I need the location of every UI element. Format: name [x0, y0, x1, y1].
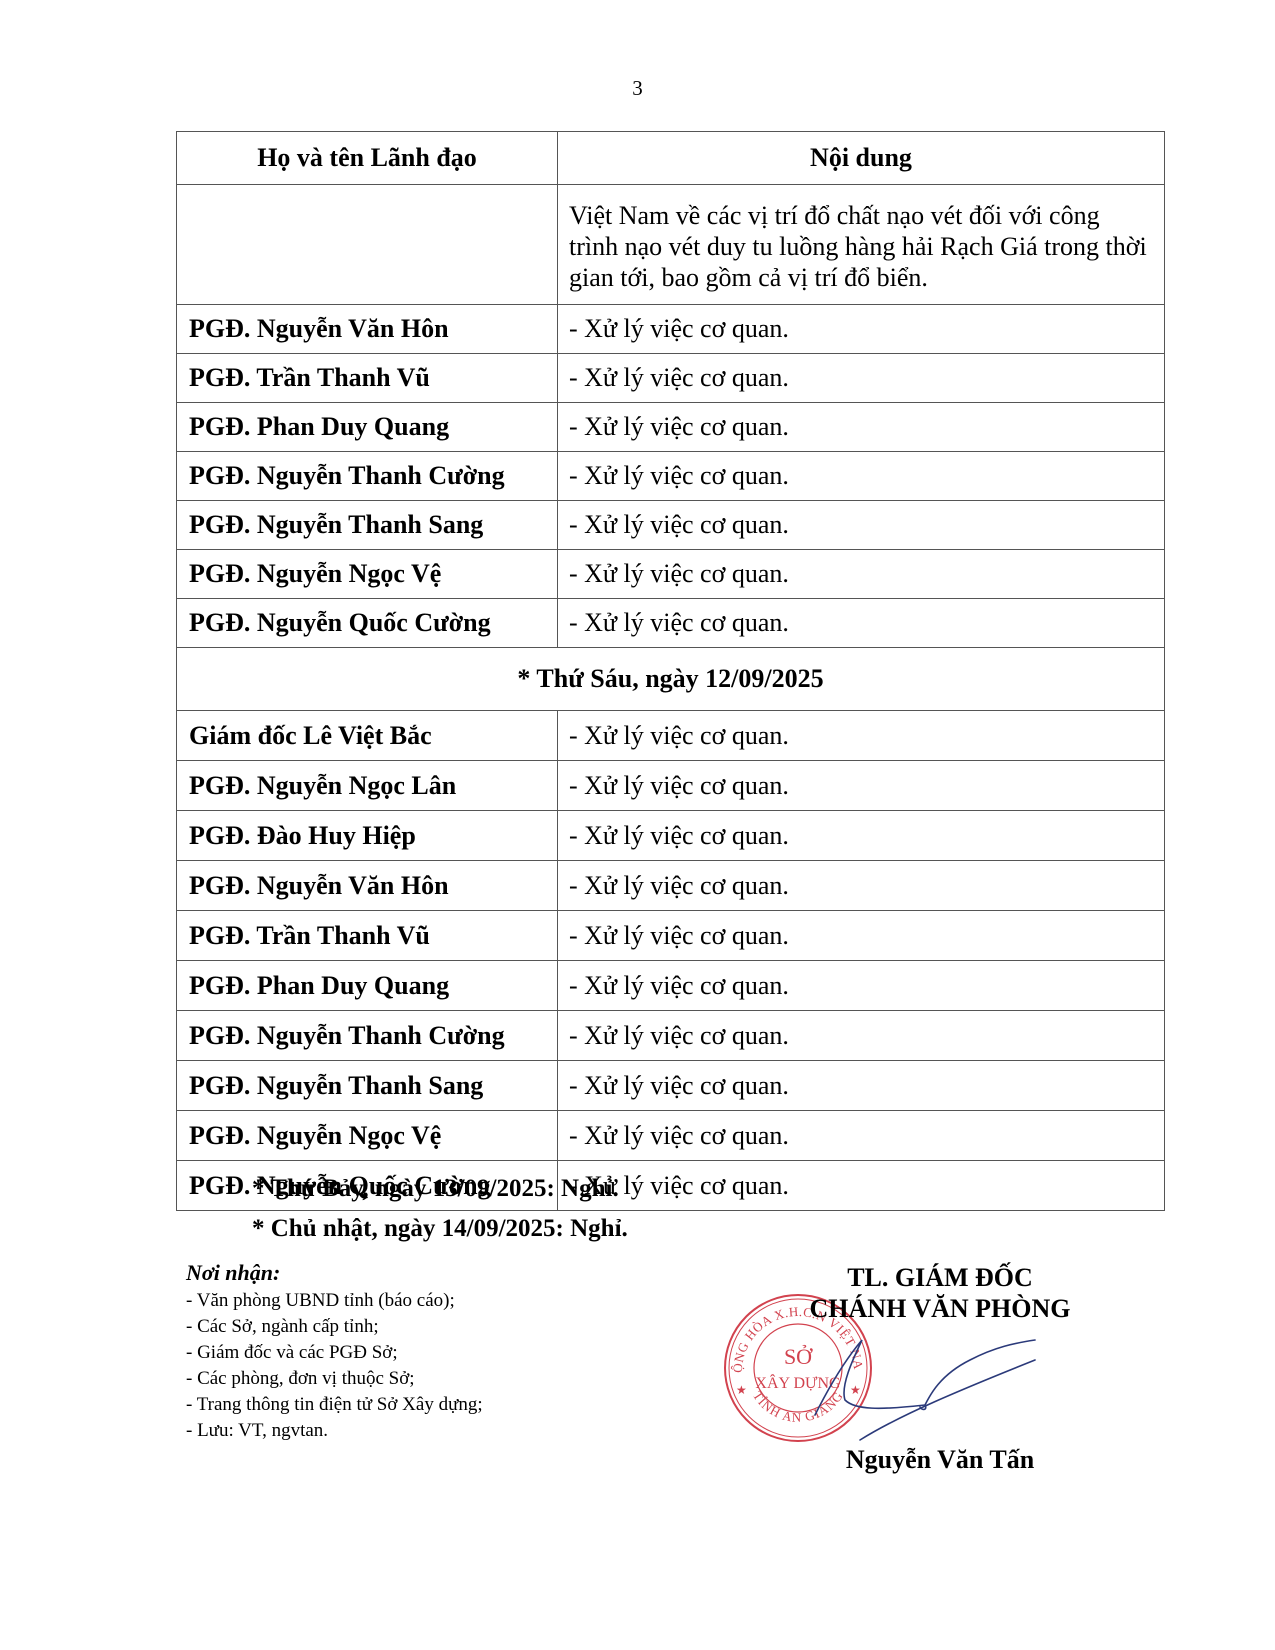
- content-cell: - Xử lý việc cơ quan.: [558, 861, 1165, 911]
- content-cell: - Xử lý việc cơ quan.: [558, 761, 1165, 811]
- recipient-item: - Các Sở, ngành cấp tỉnh;: [186, 1314, 483, 1340]
- table-row: PGĐ. Nguyễn Quốc Cường- Xử lý việc cơ qu…: [177, 599, 1165, 648]
- leader-name-cell: PGĐ. Nguyễn Quốc Cường: [177, 599, 558, 648]
- table-row: PGĐ. Trần Thanh Vũ- Xử lý việc cơ quan.: [177, 911, 1165, 961]
- recipient-item: - Văn phòng UBND tỉnh (báo cáo);: [186, 1288, 483, 1314]
- continuation-content: Việt Nam về các vị trí đổ chất nạo vét đ…: [558, 185, 1165, 305]
- signer-name: Nguyễn Văn Tấn: [720, 1445, 1160, 1475]
- leader-name-cell: PGĐ. Nguyễn Ngọc Lân: [177, 761, 558, 811]
- content-cell: - Xử lý việc cơ quan.: [558, 452, 1165, 501]
- signature-title-line1: TL. GIÁM ĐỐC: [720, 1263, 1160, 1293]
- leader-name-cell: PGĐ. Nguyễn Ngọc Vệ: [177, 550, 558, 599]
- leader-name-cell: PGĐ. Phan Duy Quang: [177, 961, 558, 1011]
- leader-name-cell: PGĐ. Đào Huy Hiệp: [177, 811, 558, 861]
- recipient-item: - Các phòng, đơn vị thuộc Sở;: [186, 1366, 483, 1392]
- day-heading: * Thứ Sáu, ngày 12/09/2025: [177, 648, 1165, 711]
- day-heading-row: * Thứ Sáu, ngày 12/09/2025: [177, 648, 1165, 711]
- content-cell: - Xử lý việc cơ quan.: [558, 550, 1165, 599]
- leader-name-cell: PGĐ. Trần Thanh Vũ: [177, 354, 558, 403]
- content-cell: - Xử lý việc cơ quan.: [558, 811, 1165, 861]
- handwritten-signature-icon: [800, 1315, 1040, 1445]
- content-cell: - Xử lý việc cơ quan.: [558, 911, 1165, 961]
- recipient-item: - Giám đốc và các PGĐ Sở;: [186, 1340, 483, 1366]
- leader-name-cell: PGĐ. Nguyễn Thanh Cường: [177, 452, 558, 501]
- table-row: PGĐ. Nguyễn Văn Hôn- Xử lý việc cơ quan.: [177, 305, 1165, 354]
- table-row: PGĐ. Trần Thanh Vũ- Xử lý việc cơ quan.: [177, 354, 1165, 403]
- content-cell: - Xử lý việc cơ quan.: [558, 1061, 1165, 1111]
- page-number: 3: [0, 76, 1275, 101]
- table-row: PGĐ. Nguyễn Văn Hôn- Xử lý việc cơ quan.: [177, 861, 1165, 911]
- leader-name-cell: PGĐ. Nguyễn Ngọc Vệ: [177, 1111, 558, 1161]
- leader-name-cell: PGĐ. Phan Duy Quang: [177, 403, 558, 452]
- content-cell: - Xử lý việc cơ quan.: [558, 599, 1165, 648]
- content-cell: - Xử lý việc cơ quan.: [558, 354, 1165, 403]
- leader-name-cell: PGĐ. Nguyễn Thanh Sang: [177, 501, 558, 550]
- content-cell: - Xử lý việc cơ quan.: [558, 961, 1165, 1011]
- schedule-table: Họ và tên Lãnh đạo Nội dung Việt Nam về …: [176, 131, 1165, 1211]
- leader-name-cell: Giám đốc Lê Việt Bắc: [177, 711, 558, 761]
- leader-name-cell: PGĐ. Nguyễn Văn Hôn: [177, 861, 558, 911]
- header-leader-name: Họ và tên Lãnh đạo: [177, 132, 558, 185]
- svg-text:★: ★: [736, 1383, 747, 1397]
- signature-title-line2: CHÁNH VĂN PHÒNG: [720, 1294, 1160, 1324]
- content-cell: - Xử lý việc cơ quan.: [558, 501, 1165, 550]
- table-row: PGĐ. Phan Duy Quang- Xử lý việc cơ quan.: [177, 961, 1165, 1011]
- holiday-saturday: * Thứ Bảy, ngày 13/09/2025: Nghỉ.: [252, 1175, 619, 1203]
- content-cell: - Xử lý việc cơ quan.: [558, 1161, 1165, 1211]
- content-cell: - Xử lý việc cơ quan.: [558, 403, 1165, 452]
- table-row-continuation: Việt Nam về các vị trí đổ chất nạo vét đ…: [177, 185, 1165, 305]
- content-cell: - Xử lý việc cơ quan.: [558, 305, 1165, 354]
- table-row: PGĐ. Nguyễn Ngọc Vệ- Xử lý việc cơ quan.: [177, 550, 1165, 599]
- table-row: PGĐ. Nguyễn Thanh Cường- Xử lý việc cơ q…: [177, 1011, 1165, 1061]
- content-cell: - Xử lý việc cơ quan.: [558, 1011, 1165, 1061]
- table-header-row: Họ và tên Lãnh đạo Nội dung: [177, 132, 1165, 185]
- table-row: PGĐ. Nguyễn Thanh Sang- Xử lý việc cơ qu…: [177, 501, 1165, 550]
- recipients-title: Nơi nhận:: [186, 1260, 280, 1286]
- table-row: PGĐ. Nguyễn Ngọc Lân- Xử lý việc cơ quan…: [177, 761, 1165, 811]
- leader-name-cell: PGĐ. Nguyễn Thanh Sang: [177, 1061, 558, 1111]
- recipient-item: - Trang thông tin điện tử Sở Xây dựng;: [186, 1392, 483, 1418]
- table-row: PGĐ. Nguyễn Thanh Cường- Xử lý việc cơ q…: [177, 452, 1165, 501]
- table-row: PGĐ. Nguyễn Ngọc Vệ- Xử lý việc cơ quan.: [177, 1111, 1165, 1161]
- table-row: PGĐ. Đào Huy Hiệp- Xử lý việc cơ quan.: [177, 811, 1165, 861]
- leader-name-cell: PGĐ. Nguyễn Văn Hôn: [177, 305, 558, 354]
- holiday-sunday: * Chủ nhật, ngày 14/09/2025: Nghỉ.: [252, 1215, 628, 1243]
- recipients-list: - Văn phòng UBND tỉnh (báo cáo); - Các S…: [186, 1288, 483, 1444]
- empty-name-cell: [177, 185, 558, 305]
- leader-name-cell: PGĐ. Trần Thanh Vũ: [177, 911, 558, 961]
- table-row: Giám đốc Lê Việt Bắc- Xử lý việc cơ quan…: [177, 711, 1165, 761]
- header-content: Nội dung: [558, 132, 1165, 185]
- leader-name-cell: PGĐ. Nguyễn Thanh Cường: [177, 1011, 558, 1061]
- table-row: PGĐ. Phan Duy Quang- Xử lý việc cơ quan.: [177, 403, 1165, 452]
- table-row: PGĐ. Nguyễn Thanh Sang- Xử lý việc cơ qu…: [177, 1061, 1165, 1111]
- content-cell: - Xử lý việc cơ quan.: [558, 711, 1165, 761]
- content-cell: - Xử lý việc cơ quan.: [558, 1111, 1165, 1161]
- recipient-item: - Lưu: VT, ngvtan.: [186, 1418, 483, 1444]
